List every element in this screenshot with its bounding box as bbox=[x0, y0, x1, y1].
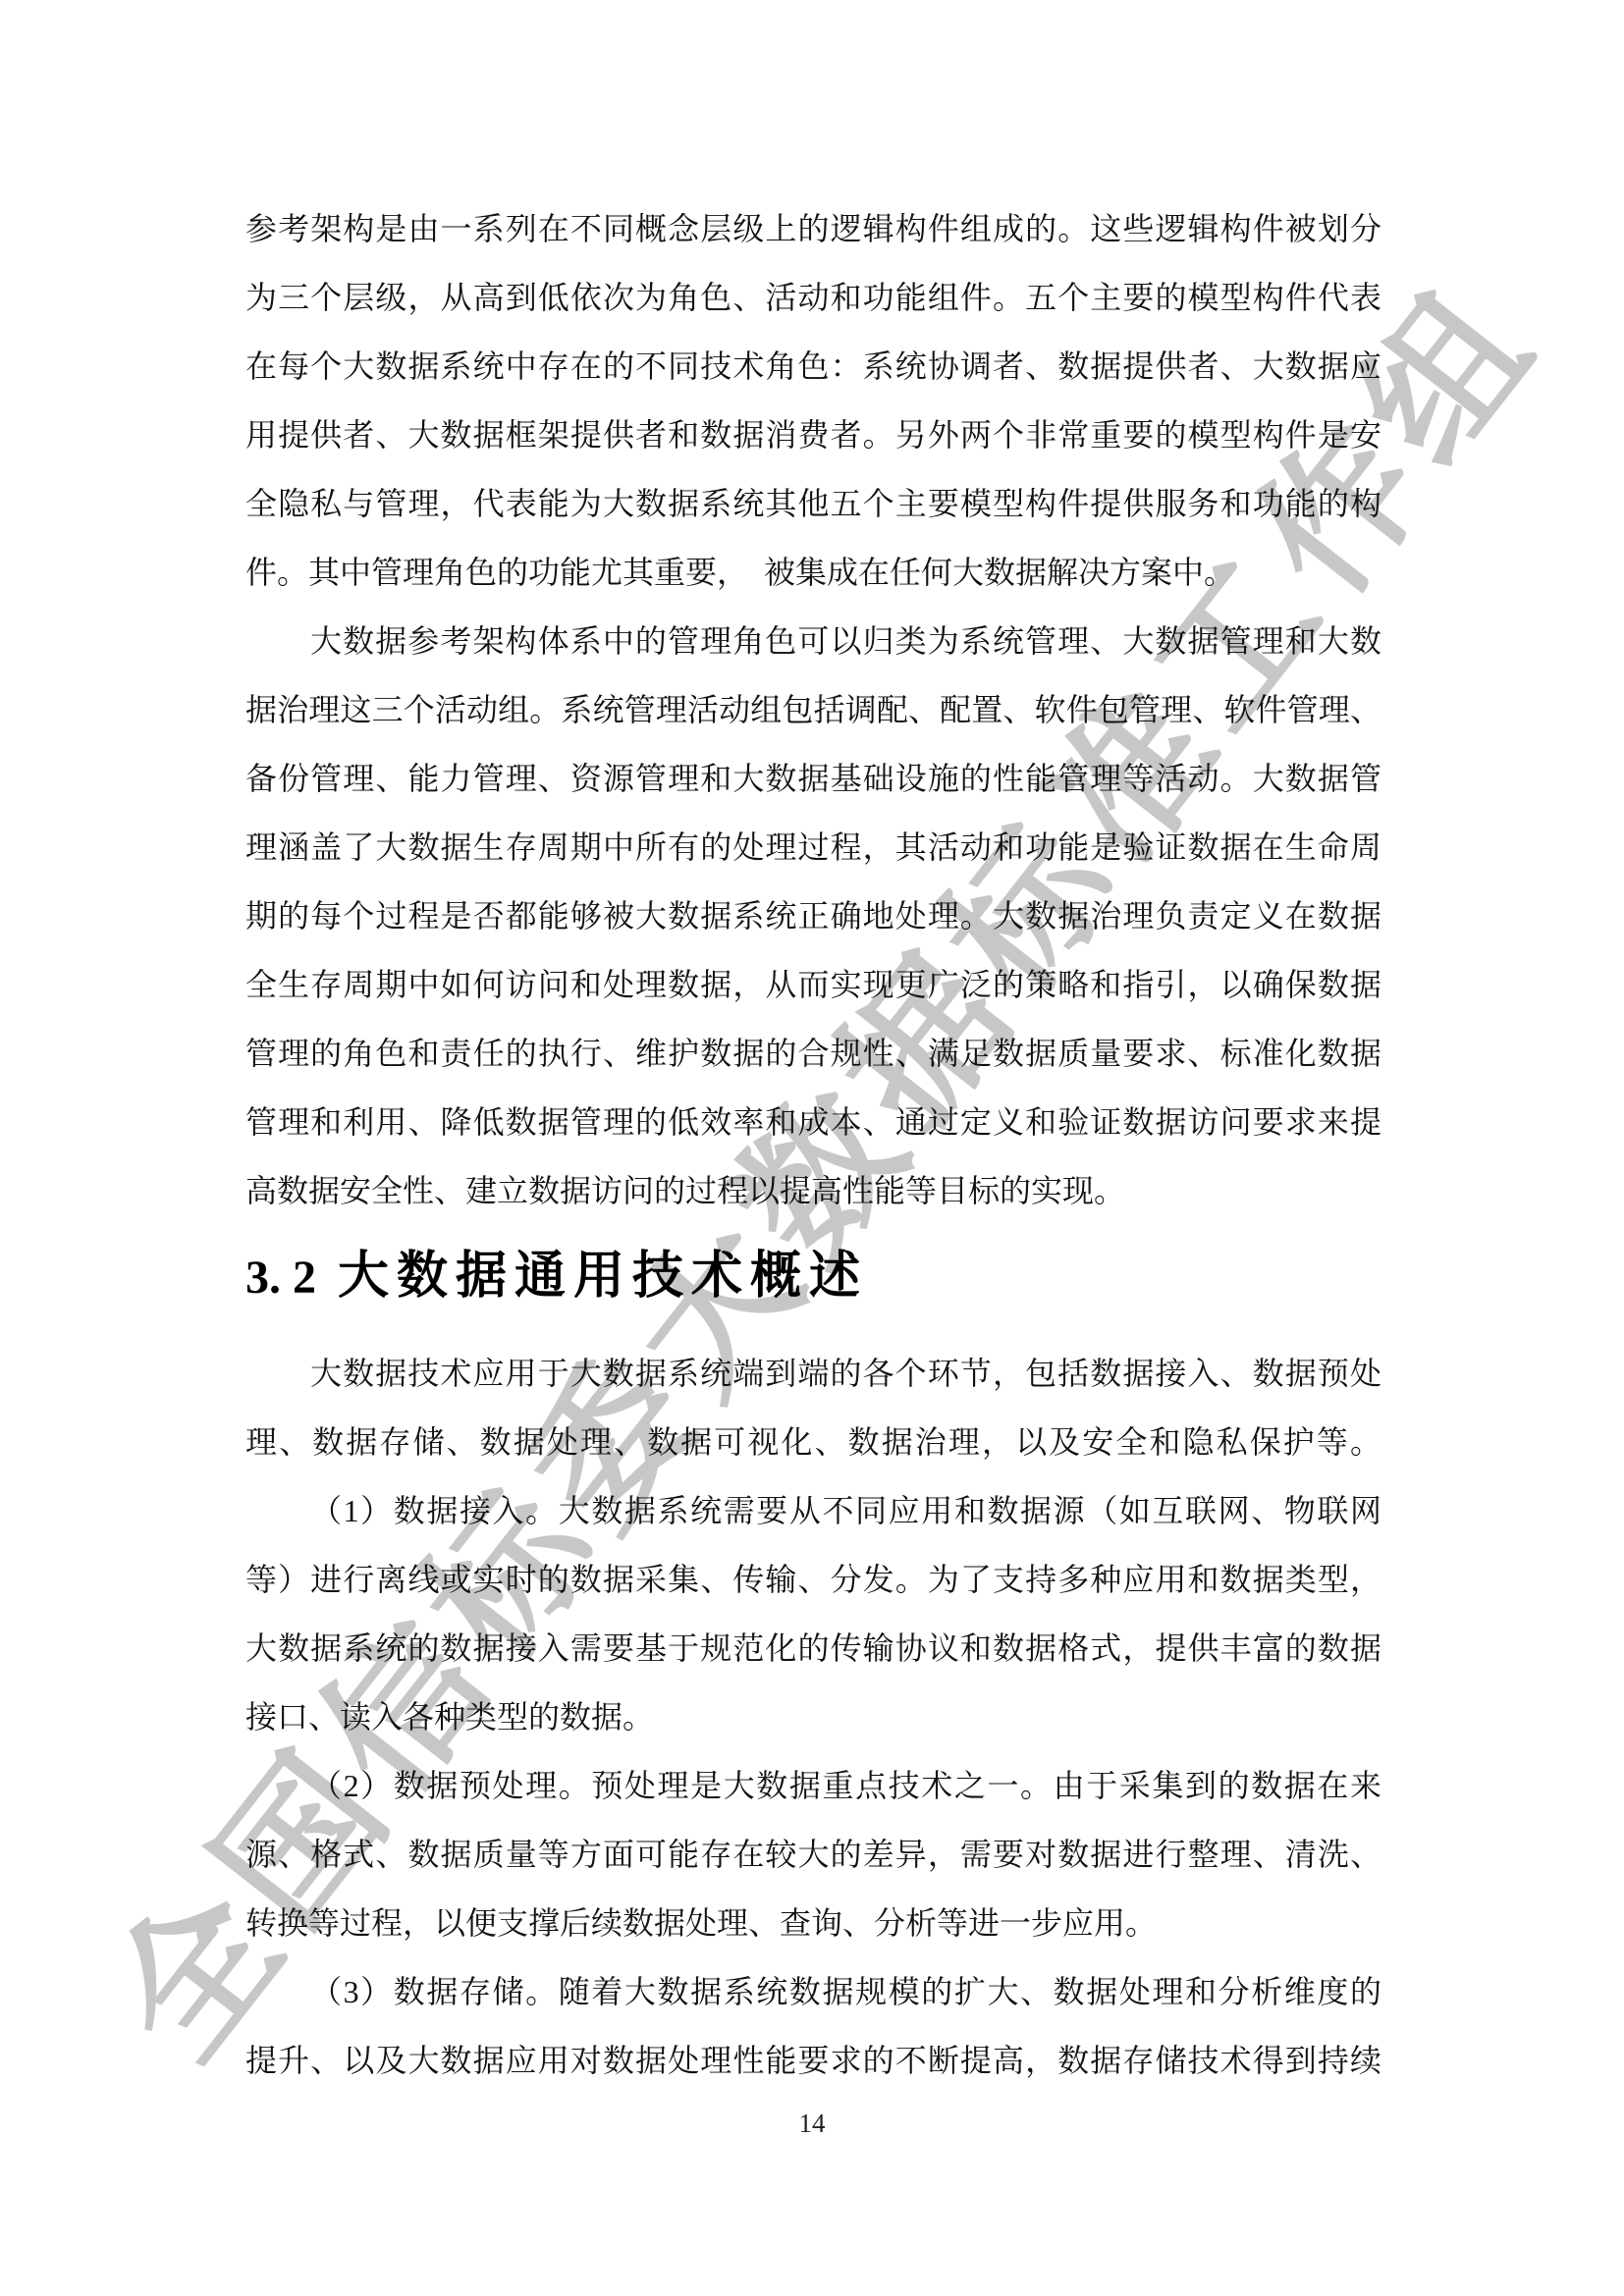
text-line: 接口、读入各种类型的数据。 bbox=[245, 1682, 1381, 1751]
paragraph: （2）数据预处理。预处理是大数据重点技术之一。由于采集到的数据在来 源、格式、数… bbox=[245, 1751, 1381, 1957]
paragraph: （3）数据存储。随着大数据系统数据规模的扩大、数据处理和分析维度的 提升、以及大… bbox=[245, 1957, 1381, 2095]
text-line: 件。其中管理角色的功能尤其重要， 被集成在任何大数据解决方案中。 bbox=[245, 538, 1381, 607]
document-page: 全国信标委大数据标准工作组 参考架构是由一系列在不同概念层级上的逻辑构件组成的。… bbox=[0, 0, 1624, 2296]
text-line: 管理的角色和责任的执行、维护数据的合规性、满足数据质量要求、标准化数据 bbox=[245, 1019, 1381, 1088]
text-line: 大数据技术应用于大数据系统端到端的各个环节，包括数据接入、数据预处 bbox=[245, 1339, 1381, 1408]
page-body-text: 参考架构是由一系列在不同概念层级上的逻辑构件组成的。这些逻辑构件被划分 为三个层… bbox=[245, 194, 1381, 2095]
text-line: 大数据系统的数据接入需要基于规范化的传输协议和数据格式，提供丰富的数据 bbox=[245, 1614, 1381, 1682]
text-line: 大数据参考架构体系中的管理角色可以归类为系统管理、大数据管理和大数 bbox=[245, 607, 1381, 675]
paragraph: 大数据技术应用于大数据系统端到端的各个环节，包括数据接入、数据预处 理、数据存储… bbox=[245, 1339, 1381, 1476]
text-line: （3）数据存储。随着大数据系统数据规模的扩大、数据处理和分析维度的 bbox=[245, 1957, 1381, 2026]
paragraph: 大数据参考架构体系中的管理角色可以归类为系统管理、大数据管理和大数 据治理这三个… bbox=[245, 607, 1381, 1225]
text-line: 高数据安全性、建立数据访问的过程以提高性能等目标的实现。 bbox=[245, 1156, 1381, 1225]
text-line: 转换等过程，以便支撑后续数据处理、查询、分析等进一步应用。 bbox=[245, 1889, 1381, 1957]
text-line: 用提供者、大数据框架提供者和数据消费者。另外两个非常重要的模型构件是安 bbox=[245, 400, 1381, 469]
page-number: 14 bbox=[0, 2109, 1624, 2139]
section-heading: 3. 2 大数据通用技术概述 bbox=[245, 1235, 1381, 1318]
text-line: 参考架构是由一系列在不同概念层级上的逻辑构件组成的。这些逻辑构件被划分 bbox=[245, 194, 1381, 263]
text-line: 据治理这三个活动组。系统管理活动组包括调配、配置、软件包管理、软件管理、 bbox=[245, 675, 1381, 744]
text-line: （1）数据接入。大数据系统需要从不同应用和数据源（如互联网、物联网 bbox=[245, 1476, 1381, 1545]
text-line: 为三个层级，从高到低依次为角色、活动和功能组件。五个主要的模型构件代表 bbox=[245, 263, 1381, 332]
text-line: 提升、以及大数据应用对数据处理性能要求的不断提高，数据存储技术得到持续 bbox=[245, 2026, 1381, 2095]
paragraph: （1）数据接入。大数据系统需要从不同应用和数据源（如互联网、物联网 等）进行离线… bbox=[245, 1476, 1381, 1751]
text-line: 备份管理、能力管理、资源管理和大数据基础设施的性能管理等活动。大数据管 bbox=[245, 744, 1381, 813]
text-line: 管理和利用、降低数据管理的低效率和成本、通过定义和验证数据访问要求来提 bbox=[245, 1088, 1381, 1156]
text-line: 在每个大数据系统中存在的不同技术角色：系统协调者、数据提供者、大数据应 bbox=[245, 332, 1381, 400]
section-title: 大数据通用技术概述 bbox=[338, 1235, 868, 1318]
text-line: 期的每个过程是否都能够被大数据系统正确地处理。大数据治理负责定义在数据 bbox=[245, 881, 1381, 950]
text-line: （2）数据预处理。预处理是大数据重点技术之一。由于采集到的数据在来 bbox=[245, 1751, 1381, 1820]
text-line: 全隐私与管理，代表能为大数据系统其他五个主要模型构件提供服务和功能的构 bbox=[245, 469, 1381, 538]
text-line: 等）进行离线或实时的数据采集、传输、分发。为了支持多种应用和数据类型， bbox=[245, 1545, 1381, 1614]
text-line: 理、数据存储、数据处理、数据可视化、数据治理，以及安全和隐私保护等。 bbox=[245, 1408, 1381, 1476]
section-number: 3. 2 bbox=[245, 1236, 316, 1319]
text-line: 全生存周期中如何访问和处理数据，从而实现更广泛的策略和指引，以确保数据 bbox=[245, 950, 1381, 1019]
paragraph: 参考架构是由一系列在不同概念层级上的逻辑构件组成的。这些逻辑构件被划分 为三个层… bbox=[245, 194, 1381, 607]
text-line: 源、格式、数据质量等方面可能存在较大的差异，需要对数据进行整理、清洗、 bbox=[245, 1820, 1381, 1889]
text-line: 理涵盖了大数据生存周期中所有的处理过程，其活动和功能是验证数据在生命周 bbox=[245, 813, 1381, 881]
